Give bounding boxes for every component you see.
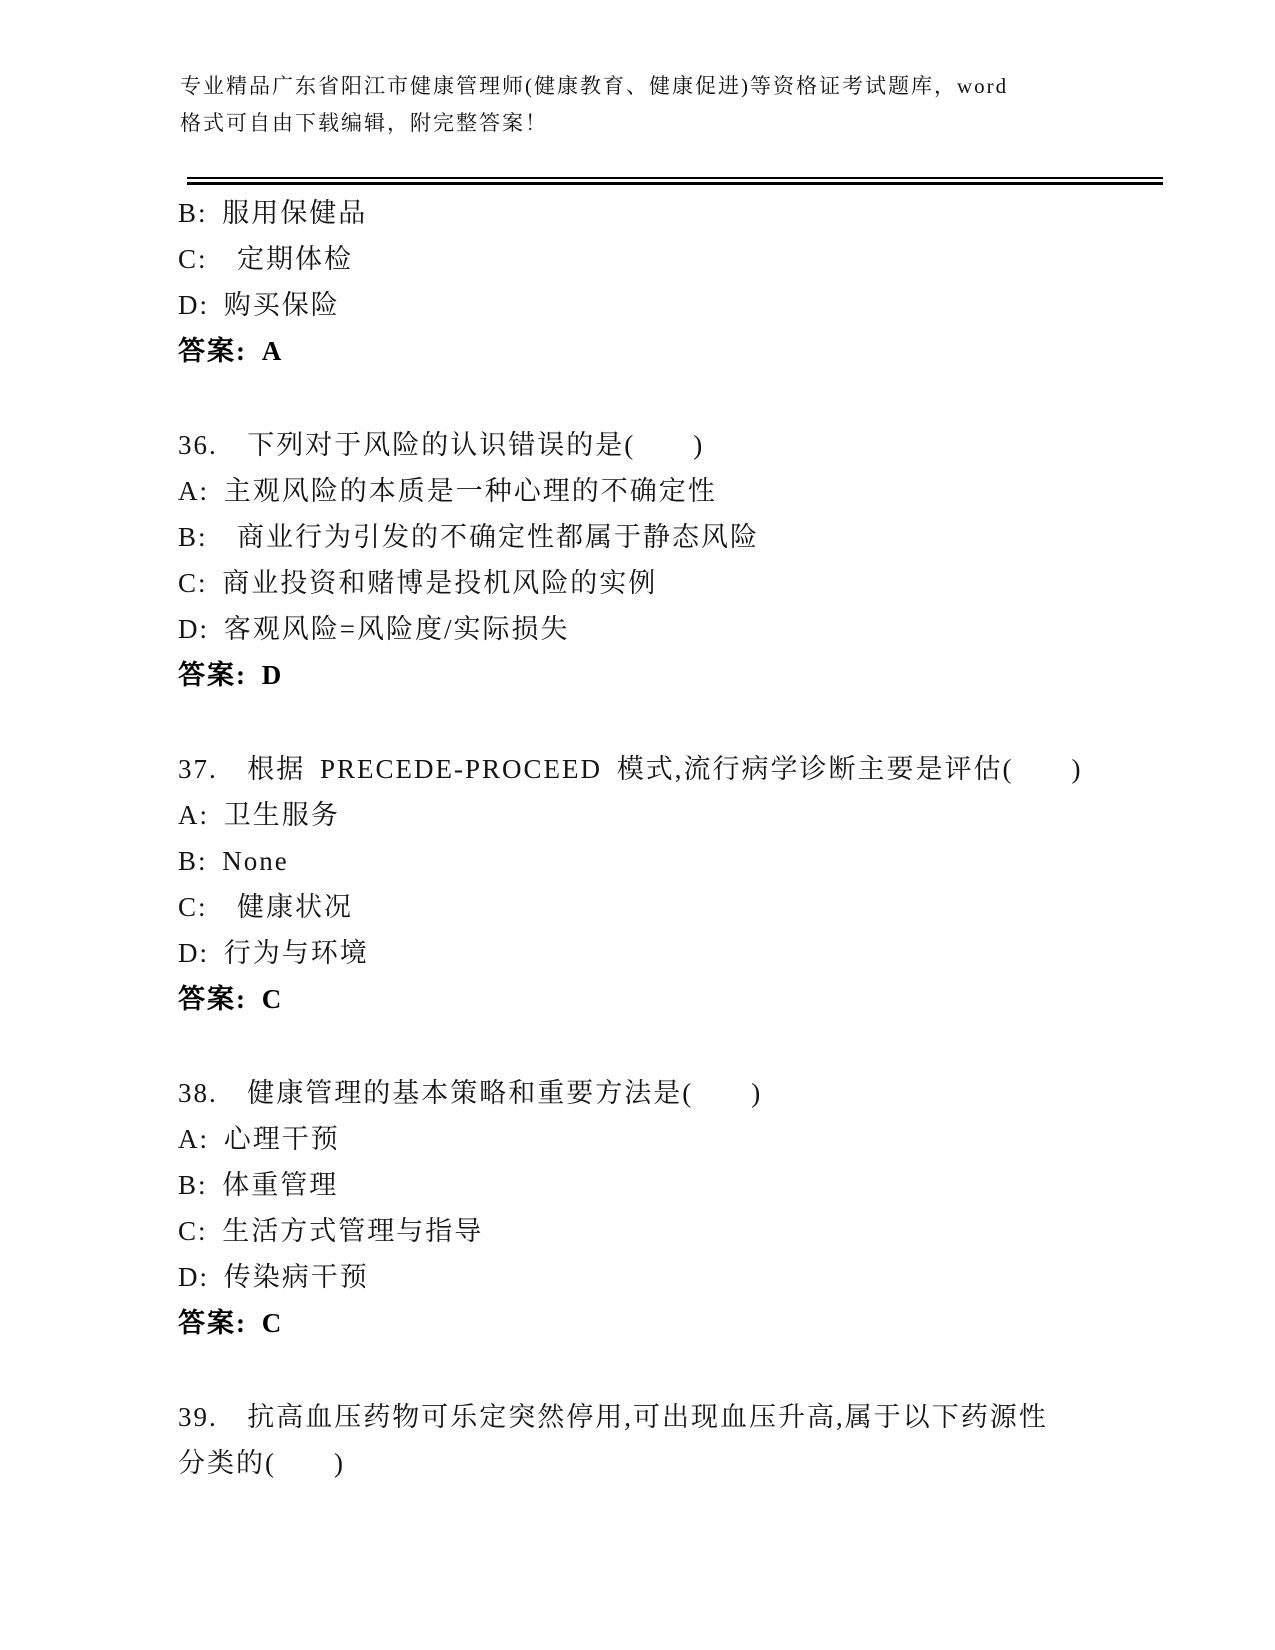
question-block-39: 39. 抗高血压药物可乐定突然停用,可出现血压升高,属于以下药源性 分类的( ) [178, 1394, 1188, 1486]
option-line-b: B: None [178, 838, 1188, 884]
question-list: B: 服用保健品 C: 定期体检 D: 购买保险 答案: A 36. 下列对于风… [178, 190, 1188, 1486]
option-line-b: B: 服用保健品 [178, 190, 1188, 236]
answer-line: 答案: A [178, 328, 1188, 374]
document-page: 专业精品广东省阳江市健康管理师(健康教育、健康促进)等资格证考试题库，word … [0, 0, 1275, 1650]
answer-line: 答案: C [178, 1300, 1188, 1346]
option-line-d: D: 购买保险 [178, 282, 1188, 328]
option-line-d: D: 行为与环境 [178, 930, 1188, 976]
option-line-c: C: 商业投资和赌博是投机风险的实例 [178, 560, 1188, 606]
question-block-35: B: 服用保健品 C: 定期体检 D: 购买保险 答案: A [178, 190, 1188, 374]
header-text-line-1: 专业精品广东省阳江市健康管理师(健康教育、健康促进)等资格证考试题库，word [180, 68, 1080, 105]
header-divider-double-line [187, 177, 1163, 185]
question-stem-continued: 分类的( ) [178, 1440, 1188, 1486]
header-text-line-2: 格式可自由下载编辑，附完整答案！ [180, 105, 1080, 142]
page-header: 专业精品广东省阳江市健康管理师(健康教育、健康促进)等资格证考试题库，word … [180, 68, 1080, 142]
answer-line: 答案: C [178, 976, 1188, 1022]
question-stem: 36. 下列对于风险的认识错误的是( ) [178, 422, 1188, 468]
option-line-a: A: 心理干预 [178, 1116, 1188, 1162]
question-block-36: 36. 下列对于风险的认识错误的是( ) A: 主观风险的本质是一种心理的不确定… [178, 422, 1188, 698]
option-line-a: A: 卫生服务 [178, 792, 1188, 838]
question-stem: 39. 抗高血压药物可乐定突然停用,可出现血压升高,属于以下药源性 [178, 1394, 1188, 1440]
question-stem: 37. 根据 PRECEDE-PROCEED 模式,流行病学诊断主要是评估( ) [178, 746, 1188, 792]
question-block-38: 38. 健康管理的基本策略和重要方法是( ) A: 心理干预 B: 体重管理 C… [178, 1070, 1188, 1346]
answer-line: 答案: D [178, 652, 1188, 698]
option-line-c: C: 定期体检 [178, 236, 1188, 282]
option-line-a: A: 主观风险的本质是一种心理的不确定性 [178, 468, 1188, 514]
option-line-b: B: 体重管理 [178, 1162, 1188, 1208]
option-line-c: C: 健康状况 [178, 884, 1188, 930]
option-line-d: D: 客观风险=风险度/实际损失 [178, 606, 1188, 652]
question-block-37: 37. 根据 PRECEDE-PROCEED 模式,流行病学诊断主要是评估( )… [178, 746, 1188, 1022]
option-line-d: D: 传染病干预 [178, 1254, 1188, 1300]
option-line-c: C: 生活方式管理与指导 [178, 1208, 1188, 1254]
option-line-b: B: 商业行为引发的不确定性都属于静态风险 [178, 514, 1188, 560]
question-stem: 38. 健康管理的基本策略和重要方法是( ) [178, 1070, 1188, 1116]
